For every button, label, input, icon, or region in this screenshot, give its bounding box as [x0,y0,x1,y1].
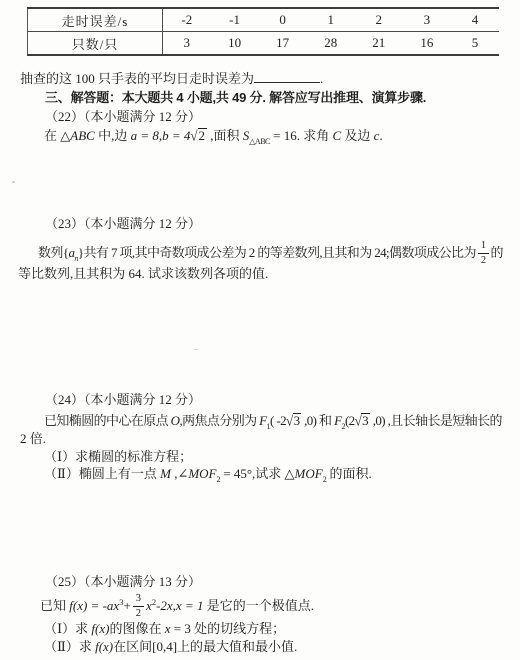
q24-heading: （24）（本小题满分 12 分） [45,392,201,408]
text-run: . [320,71,323,86]
q23-heading: （23）（本小题满分 12 分） [45,216,201,232]
sqrt-radical: √3 [286,413,301,429]
q25-part2: （Ⅱ）求 f(x)在区间[0,4]上的最大值和最小值. [44,639,297,655]
text-run: ,两焦点分别为 [179,413,259,428]
text-run: ,0) ,且长轴长是短轴长的 [370,413,502,428]
text-run: 数列{ [38,245,68,260]
table-row-count: 只数/只 3 10 17 28 21 16 5 [28,32,500,56]
exam-paper-page: 走时误差/s -2 -1 0 1 2 3 4 只数/只 3 10 17 28 2… [0,0,520,660]
text-run: 的 [491,245,503,260]
radical-sign: √ [190,127,197,144]
sqrt-radical: √3 [355,413,370,429]
section-title: 三、解答题：本大题共 4 小题,共 49 分. 解答应写出推理、演算步骤. [45,90,426,105]
text-run: （Ⅰ）求椭圆的标准方程； [44,449,192,464]
row-label-count: 只数/只 [28,32,163,56]
section-3-header: 三、解答题：本大题共 4 小题,共 49 分. 解答应写出推理、演算步骤. [45,90,426,106]
text-run: 抽查的这 100 只手表的平均日走时误差为 [20,71,254,86]
math-run: ABC [70,128,95,143]
radical-sign: √ [286,412,293,429]
error-value-cell: 2 [355,8,403,32]
scan-speck [194,349,198,350]
text-run: (2 [345,413,355,428]
text-run: 在 △ [44,128,70,143]
text-run: . [379,128,382,143]
math-run: -2x,x = 1 [156,598,203,613]
text-run: ( -2 [270,413,286,428]
avg-error-fill-blank-line: 抽查的这 100 只手表的平均日走时误差为. [20,70,323,87]
count-value-cell: 10 [211,32,259,56]
count-value-cell: 21 [355,32,403,56]
math-run: C [332,128,341,143]
answer-blank [254,70,320,83]
text-run: 是它的一个极值点. [203,598,314,613]
text-run: 的图像在 [109,621,164,636]
radical-sign: √ [355,412,362,429]
text-run: 2 倍. [20,431,46,446]
fraction-three-halves: 32 [133,593,144,619]
q22-heading: （22）（本小题满分 12 分） [45,109,201,125]
math-run: f(x) [95,639,113,654]
text-run: （Ⅰ）求 [44,621,91,636]
math-run: a = 8,b = 4 [131,128,191,143]
text-run: 已知 [40,598,69,613]
q25-heading: （25）（本小题满分 13 分） [45,574,201,590]
count-value-cell: 16 [403,32,451,56]
error-value-cell: -1 [211,8,259,32]
text-run: 的面积. [326,466,372,481]
q25-stem: 已知 f(x) = -ax3+32x2-2x,x = 1 是它的一个极值点. [40,594,314,620]
sqrt-radical: √2 [190,128,207,144]
text-run: 已知椭圆的中心在原点 [44,413,171,428]
math-run: f(x) = -ax [69,598,119,613]
timing-error-table: 走时误差/s -2 -1 0 1 2 3 4 只数/只 3 10 17 28 2… [27,7,499,56]
q24-part2: （Ⅱ）椭圆上有一点 M ,∠MOF2 = 45°,试求 △MOF2 的面积. [44,466,372,488]
count-value-cell: 5 [451,32,499,56]
text-run: = 16. 求角 [270,128,333,143]
text-run: （Ⅱ）求 [44,639,95,654]
text-run: }共有 7 项,其中奇数项成公差为 2 的等差数列,且其和为 24;偶数项成公比… [78,245,476,260]
denominator: 2 [136,607,141,620]
numerator: 1 [478,240,489,254]
q24-part1: （Ⅰ）求椭圆的标准方程； [44,449,192,465]
math-run: M [160,466,171,481]
radicand: 3 [361,413,370,427]
scan-speck [12,181,15,183]
text-run: 及边 [341,128,374,143]
denominator: 2 [481,254,486,267]
q22-stem: 在 △ABC 中,边 a = 8,b = 4√2 ,面积 S△ABC = 16.… [44,128,383,150]
heading-text: （23）（本小题满分 12 分） [45,216,201,231]
text-run: ,0) 和 [301,413,334,428]
text-run: = 45°,试求 △ [220,466,295,481]
row-label-error: 走时误差/s [28,8,163,32]
text-run: ,面积 [207,128,243,143]
math-run: f(x) [91,621,109,636]
q23-stem-line2: 等比数列,且其积为 64. 试求该数列各项的值. [18,266,268,282]
radicand: 2 [198,128,208,142]
table-row-error: 走时误差/s -2 -1 0 1 2 3 4 [28,8,500,32]
math-run: F [259,413,266,428]
text-run: 中,边 [95,128,131,143]
subscript: △ABC [249,137,270,146]
text-run: （Ⅱ）椭圆上有一点 [44,466,160,481]
heading-text: （25）（本小题满分 13 分） [45,574,201,589]
error-value-cell: 1 [307,8,355,32]
error-value-cell: 0 [259,8,307,32]
math-run: MOF [188,466,216,481]
q25-part1: （Ⅰ）求 f(x)的图像在 x = 3 处的切线方程； [44,621,285,637]
error-value-cell: -2 [163,8,211,32]
count-value-cell: 3 [163,32,211,56]
numerator: 3 [133,593,144,607]
text-run: ,∠ [171,466,188,481]
text-run: 等比数列,且其积为 64. 试求该数列各项的值. [18,266,268,281]
text-run: = 3 处的切线方程； [170,621,285,636]
count-value-cell: 28 [307,32,355,56]
error-value-cell: 3 [403,8,451,32]
math-run: MOF [295,466,323,481]
heading-text: （22）（本小题满分 12 分） [45,109,201,124]
q23-stem-line1: 数列{an}共有 7 项,其中奇数项成公差为 2 的等差数列,且其和为 24;偶… [38,241,503,267]
fraction-one-half: 12 [478,240,489,266]
heading-text: （24）（本小题满分 12 分） [45,392,201,407]
text-run: 在区间[0,4]上的最大值和最小值. [113,639,297,654]
count-value-cell: 17 [259,32,307,56]
q24-stem-line2: 2 倍. [20,431,46,447]
q24-stem-line1: 已知椭圆的中心在原点 O,两焦点分别为 F1( -2√3 ,0) 和 F2(2√… [44,413,502,435]
text-run: + [123,598,130,613]
error-value-cell: 4 [451,8,499,32]
